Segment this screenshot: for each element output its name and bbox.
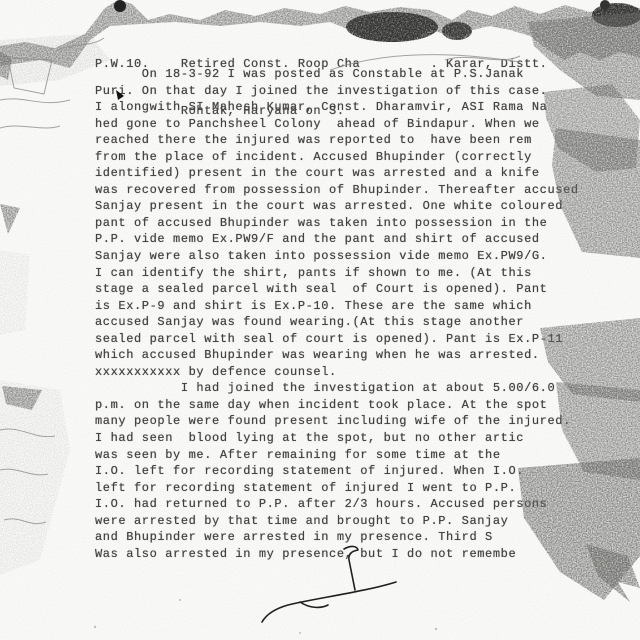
typed-line: Was also arrested in my presence, but I … [95,546,579,563]
typed-line: were arrested by that time and brought t… [95,513,579,530]
speck [299,632,301,634]
left-light-wash-mid [0,250,30,335]
typed-line: identified) present in the court was arr… [95,165,579,182]
stain-right-tail [586,544,640,602]
bottom-specks [94,599,437,634]
typed-line: I alongwith SI Mahesh Kumar, Const. Dhar… [95,99,579,116]
left-dark-quad [2,386,42,410]
typed-line: Puri. On that day I joined the investiga… [95,83,579,100]
typed-line: Sanjay were also taken into possession v… [95,248,579,265]
typed-line: I.O. left for recording statement of inj… [95,463,579,480]
typed-line: P.P. vide memo Ex.PW9/F and the pant and… [95,231,579,248]
left-edge-dark-spot [0,52,12,80]
typed-line: I can identify the shirt, pants if shown… [95,265,579,282]
typed-line: accused Sanjay was found wearing.(At thi… [95,314,579,331]
typed-line: was seen by me. After remaining for some… [95,447,579,464]
sketch-line-4 [0,429,55,437]
typed-line: I had seen blood lying at the spot, but … [95,430,579,447]
top-ink-blob [114,0,126,12]
typed-line: sealed parcel with seal of court is open… [95,331,579,348]
left-light-wash-top [0,34,110,86]
typed-line: many people were found present including… [95,413,579,430]
top-ink-blob-2 [600,0,610,10]
scanned-document-page: P.W.10. Retired Const. Roop Cha . Karar,… [0,0,640,640]
sketch-line-5 [0,469,48,475]
speck [435,628,437,630]
typed-line: was recovered from possession of Bhupind… [95,182,579,199]
typed-line: On 18-3-92 I was posted as Constable at … [95,66,579,83]
left-dark-triangle [0,204,20,234]
sketch-quad [8,58,52,94]
typed-line: and Bhupinder were arrested in my presen… [95,529,579,546]
typed-line: I.O. had returned to P.P. after 2/3 hour… [95,496,579,513]
speck [94,626,96,628]
typed-line: xxxxxxxxxxx by defence counsel. [95,364,579,381]
typed-line: pant of accused Bhupinder was taken into… [95,215,579,232]
speck [179,599,181,601]
typed-line: Sanjay present in the court was arrested… [95,198,579,215]
typed-line: from the place of incident. Accused Bhup… [95,149,579,166]
signature-stroke-3 [300,602,328,607]
typed-line: stage a sealed parcel with seal of Court… [95,281,579,298]
left-light-wash-bottom [0,380,70,575]
signature-stroke-2 [262,582,396,622]
typed-line: I had joined the investigation at about … [95,380,579,397]
typed-line: hed gone to Panchsheel Colony ahead of B… [95,116,579,133]
top-dark-patch-3 [592,3,640,27]
typed-line: left for recording statement of injured … [95,480,579,497]
testimony-text: On 18-3-92 I was posted as Constable at … [95,66,579,562]
sketch-line-1 [0,99,70,103]
typed-line: p.m. on the same day when incident took … [95,397,579,414]
typed-line: is Ex.P-9 and shirt is Ex.P-10. These ar… [95,298,579,315]
typed-line: which accused Bhupinder was wearing when… [95,347,579,364]
typed-line: reached there the injured was reported t… [95,132,579,149]
sketch-line-6 [4,519,46,524]
sketch-line-2 [0,126,60,128]
